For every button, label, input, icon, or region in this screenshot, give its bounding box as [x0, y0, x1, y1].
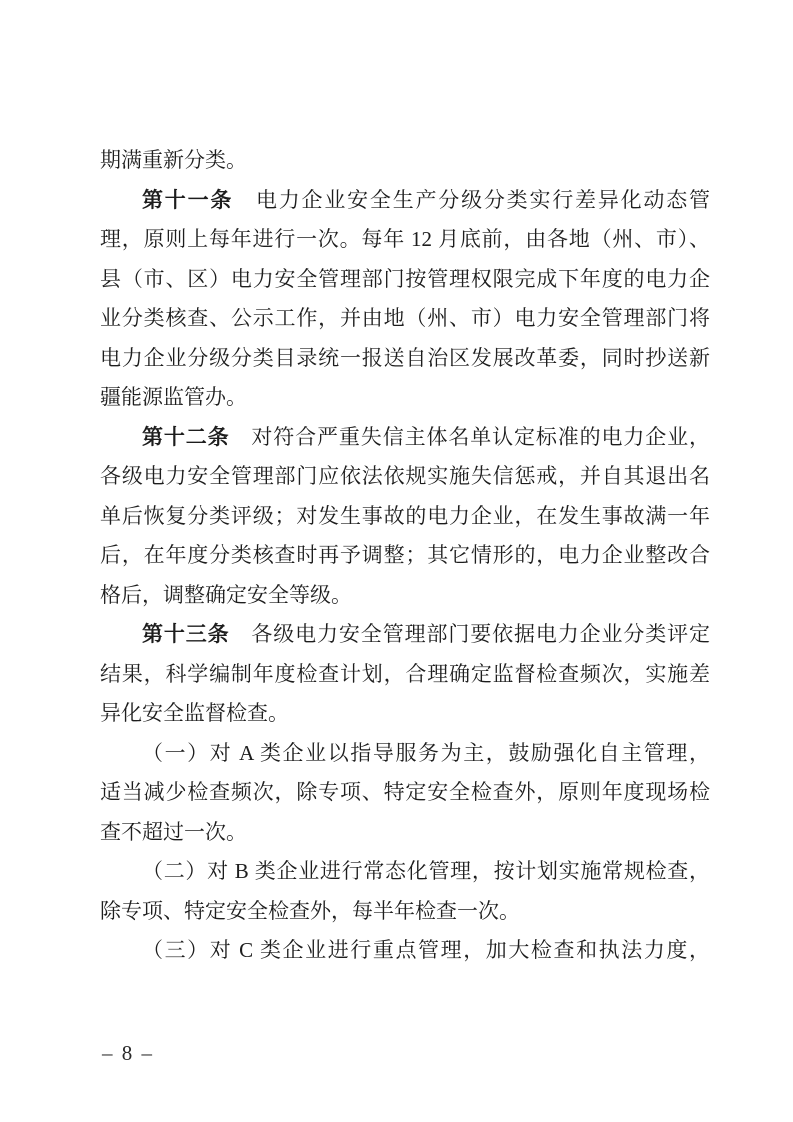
line-text: 县（市、区）电力安全管理部门按管理权限完成下年度的电力企: [100, 267, 710, 291]
line-text: 各级电力安全管理部门要依据电力企业分类评定: [230, 622, 710, 646]
body-line: 除专项、特定安全检查外，每半年检查一次。: [100, 892, 710, 932]
document-page: 期满重新分类。 第十一条 电力企业安全生产分级分类实行差异化动态管 理，原则上每…: [0, 0, 793, 1122]
line-text: 单后恢复分类评级；对发生事故的电力企业，在发生事故满一年: [100, 504, 710, 528]
body-line: 期满重新分类。: [100, 141, 710, 181]
body-line: 适当减少检查频次，除专项、特定安全检查外，原则年度现场检: [100, 773, 710, 813]
body-line: 电力企业分级分类目录统一报送自治区发展改革委，同时抄送新: [100, 339, 710, 379]
article-number: 第十三条: [142, 622, 230, 646]
line-text: 期满重新分类。: [100, 148, 247, 172]
line-text: 对符合严重失信主体名单认定标准的电力企业，: [230, 425, 710, 449]
line-text: 业分类核查、公示工作，并由地（州、市）电力安全管理部门将: [100, 306, 710, 330]
body-line: 后，在年度分类核查时再予调整；其它情形的，电力企业整改合: [100, 536, 710, 576]
line-text: 后，在年度分类核查时再予调整；其它情形的，电力企业整改合: [100, 543, 710, 567]
line-text: （二）对 B 类企业进行常态化管理，按计划实施常规检查，: [142, 859, 710, 883]
line-text: 电力企业安全生产分级分类实行差异化动态管: [233, 188, 710, 212]
line-text: 格后，调整确定安全等级。: [100, 583, 352, 607]
line-text: 异化安全监督检查。: [100, 701, 289, 725]
body-line: 格后，调整确定安全等级。: [100, 576, 710, 616]
body-line-article-12: 第十二条 对符合严重失信主体名单认定标准的电力企业，: [100, 418, 710, 458]
line-text: 各级电力安全管理部门应依法依规实施失信惩戒，并自其退出名: [100, 464, 710, 488]
line-text: 查不超过一次。: [100, 820, 247, 844]
body-line: 理，原则上每年进行一次。每年 12 月底前，由各地（州、市）、: [100, 220, 710, 260]
document-body: 期满重新分类。 第十一条 电力企业安全生产分级分类实行差异化动态管 理，原则上每…: [100, 141, 710, 971]
article-number: 第十二条: [142, 425, 230, 449]
body-line: 单后恢复分类评级；对发生事故的电力企业，在发生事故满一年: [100, 497, 710, 537]
line-text: 电力企业分级分类目录统一报送自治区发展改革委，同时抄送新: [100, 346, 710, 370]
article-number: 第十一条: [142, 188, 233, 212]
line-text: 适当减少检查频次，除专项、特定安全检查外，原则年度现场检: [100, 780, 710, 804]
body-line: 疆能源监管办。: [100, 378, 710, 418]
body-line: 查不超过一次。: [100, 813, 710, 853]
line-text: （一）对 A 类企业以指导服务为主，鼓励强化自主管理，: [142, 741, 710, 765]
body-line-item-1: （一）对 A 类企业以指导服务为主，鼓励强化自主管理，: [100, 734, 710, 774]
body-line-item-3: （三）对 C 类企业进行重点管理，加大检查和执法力度，: [100, 931, 710, 971]
body-line: 异化安全监督检查。: [100, 694, 710, 734]
line-text: 除专项、特定安全检查外，每半年检查一次。: [100, 899, 520, 923]
body-line: 各级电力安全管理部门应依法依规实施失信惩戒，并自其退出名: [100, 457, 710, 497]
page-number: – 8 –: [102, 1041, 154, 1065]
line-text: （三）对 C 类企业进行重点管理，加大检查和执法力度，: [142, 938, 710, 962]
body-line-item-2: （二）对 B 类企业进行常态化管理，按计划实施常规检查，: [100, 852, 710, 892]
body-line-article-13: 第十三条 各级电力安全管理部门要依据电力企业分类评定: [100, 615, 710, 655]
body-line-article-11: 第十一条 电力企业安全生产分级分类实行差异化动态管: [100, 181, 710, 221]
line-text: 结果，科学编制年度检查计划，合理确定监督检查频次，实施差: [100, 662, 710, 686]
body-line: 结果，科学编制年度检查计划，合理确定监督检查频次，实施差: [100, 655, 710, 695]
body-line: 县（市、区）电力安全管理部门按管理权限完成下年度的电力企: [100, 260, 710, 300]
line-text: 疆能源监管办。: [100, 385, 247, 409]
line-text: 理，原则上每年进行一次。每年 12 月底前，由各地（州、市）、: [100, 227, 710, 251]
body-line: 业分类核查、公示工作，并由地（州、市）电力安全管理部门将: [100, 299, 710, 339]
